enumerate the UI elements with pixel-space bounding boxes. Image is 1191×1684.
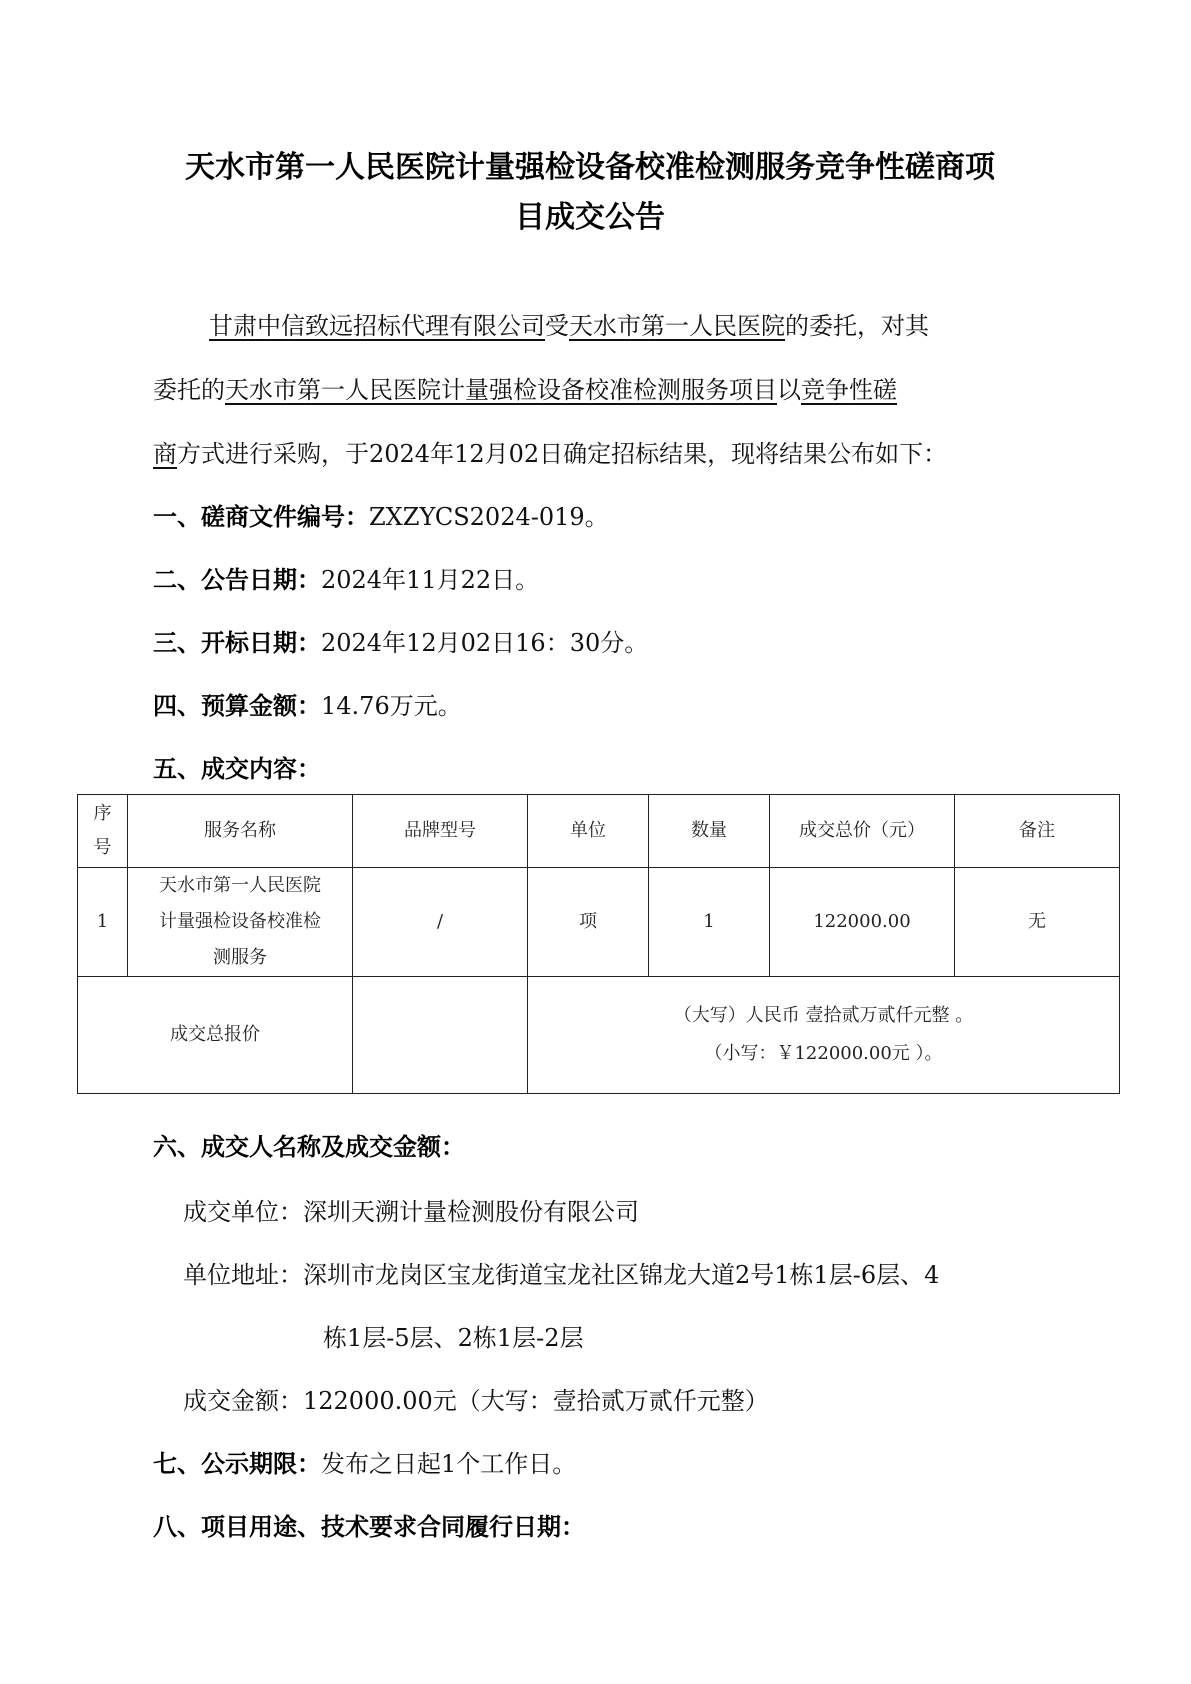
winner-address-label: 单位地址： bbox=[183, 1261, 303, 1289]
header-brand-model: 品牌型号 bbox=[353, 795, 528, 868]
project-name: 天水市第一人民医院计量强检设备校准检测服务项目 bbox=[225, 376, 777, 404]
winner-address-cont: 栋1层-5层、2栋1层-2层 bbox=[323, 1318, 584, 1353]
header-service-name: 服务名称 bbox=[128, 795, 353, 868]
intro-text: 受 bbox=[545, 312, 569, 340]
service-name-line: 计量强检设备校准检 bbox=[138, 904, 342, 940]
section-deal-content: 五、成交内容： bbox=[153, 749, 321, 784]
winner-address: 单位地址：深圳市龙岗区宝龙街道宝龙社区锦龙大道2号1栋1层-6层、4 bbox=[183, 1255, 939, 1290]
section-value: 发布之日起1个工作日。 bbox=[321, 1450, 576, 1478]
intro-line-3: 商方式进行采购，于2024年12月02日确定招标结果，现将结果公布如下： bbox=[153, 434, 1043, 469]
section-opening-date: 三、开标日期：2024年12月02日16：30分。 bbox=[153, 623, 648, 658]
header-quantity: 数量 bbox=[649, 795, 770, 868]
section-label: 六、成交人名称及成交金额： bbox=[153, 1133, 465, 1161]
section-document-number: 一、磋商文件编号：ZXZYCS2024-019。 bbox=[153, 497, 609, 532]
section-budget: 四、预算金额：14.76万元。 bbox=[153, 686, 462, 721]
winner-company-value: 深圳天溯计量检测股份有限公司 bbox=[303, 1198, 639, 1226]
section-publicity-period: 七、公示期限：发布之日起1个工作日。 bbox=[153, 1444, 576, 1479]
intro-text: 的委托，对其 bbox=[785, 312, 929, 340]
section-winner: 六、成交人名称及成交金额： bbox=[153, 1127, 465, 1162]
intro-line-2: 委托的天水市第一人民医院计量强检设备校准检测服务项目以竞争性磋 bbox=[153, 370, 1043, 405]
section-value: ZXZYCS2024-019。 bbox=[369, 503, 609, 531]
cell-quantity: 1 bbox=[649, 868, 770, 977]
title-line-1: 天水市第一人民医院计量强检设备校准检测服务竞争性磋商项 bbox=[140, 143, 1040, 193]
cell-service-name: 天水市第一人民医院 计量强检设备校准检 测服务 bbox=[128, 868, 353, 977]
table-total-row: 成交总报价 （大写）人民币 壹拾贰万贰仟元整 。 （小写：￥122000.00元… bbox=[78, 977, 1120, 1094]
winner-amount-value: 122000.00元（大写：壹拾贰万贰仟元整） bbox=[303, 1387, 769, 1415]
service-name-line: 天水市第一人民医院 bbox=[138, 868, 342, 904]
header-seq-line: 序 bbox=[78, 797, 127, 831]
intro-line-1: 甘肃中信致远招标代理有限公司受天水市第一人民医院的委托，对其 bbox=[209, 306, 1099, 341]
cell-unit: 项 bbox=[528, 868, 649, 977]
cell-seq: 1 bbox=[78, 868, 128, 977]
winner-amount-label: 成交金额： bbox=[183, 1387, 303, 1415]
winner-address-value: 深圳市龙岗区宝龙街道宝龙社区锦龙大道2号1栋1层-6层、4 bbox=[303, 1261, 939, 1289]
announcement-page: 天水市第一人民医院计量强检设备校准检测服务竞争性磋商项 目成交公告 甘肃中信致远… bbox=[0, 0, 1191, 1684]
section-label: 四、预算金额： bbox=[153, 692, 321, 720]
section-project-use: 八、项目用途、技术要求合同履行日期： bbox=[153, 1507, 585, 1542]
total-lowercase: （小写：￥122000.00元 ）。 bbox=[532, 1035, 1115, 1073]
header-unit: 单位 bbox=[528, 795, 649, 868]
total-label: 成交总报价 bbox=[78, 977, 353, 1094]
section-label: 八、项目用途、技术要求合同履行日期： bbox=[153, 1513, 585, 1541]
document-title: 天水市第一人民医院计量强检设备校准检测服务竞争性磋商项 目成交公告 bbox=[140, 143, 1040, 243]
cell-remark: 无 bbox=[955, 868, 1120, 977]
intro-text: 委托的 bbox=[153, 376, 225, 404]
table-row: 1 天水市第一人民医院 计量强检设备校准检 测服务 / 项 1 122000.0… bbox=[78, 868, 1120, 977]
winner-amount: 成交金额：122000.00元（大写：壹拾贰万贰仟元整） bbox=[183, 1381, 769, 1416]
total-empty-cell bbox=[353, 977, 528, 1094]
section-label: 三、开标日期： bbox=[153, 629, 321, 657]
section-announce-date: 二、公告日期：2024年11月22日。 bbox=[153, 560, 539, 595]
total-amount-cell: （大写）人民币 壹拾贰万贰仟元整 。 （小写：￥122000.00元 ）。 bbox=[528, 977, 1120, 1094]
total-uppercase: （大写）人民币 壹拾贰万贰仟元整 。 bbox=[532, 997, 1115, 1035]
header-seq-line: 号 bbox=[78, 831, 127, 865]
winner-company: 成交单位：深圳天溯计量检测股份有限公司 bbox=[183, 1192, 639, 1227]
intro-text: 以 bbox=[777, 376, 801, 404]
section-label: 二、公告日期： bbox=[153, 566, 321, 594]
section-label: 七、公示期限： bbox=[153, 1450, 321, 1478]
procurement-method-cont: 商 bbox=[153, 440, 177, 468]
header-remark: 备注 bbox=[955, 795, 1120, 868]
header-seq: 序 号 bbox=[78, 795, 128, 868]
section-value: 14.76万元。 bbox=[321, 692, 462, 720]
table-header-row: 序 号 服务名称 品牌型号 单位 数量 成交总价（元） 备注 bbox=[78, 795, 1120, 868]
header-total-price: 成交总价（元） bbox=[770, 795, 955, 868]
purchaser-name: 天水市第一人民医院 bbox=[569, 312, 785, 340]
agency-name: 甘肃中信致远招标代理有限公司 bbox=[209, 312, 545, 340]
section-value: 2024年12月02日16：30分。 bbox=[321, 629, 648, 657]
section-label: 一、磋商文件编号： bbox=[153, 503, 369, 531]
cell-brand-model: / bbox=[353, 868, 528, 977]
section-value: 2024年11月22日。 bbox=[321, 566, 539, 594]
service-name-line: 测服务 bbox=[138, 940, 342, 976]
winner-company-label: 成交单位： bbox=[183, 1198, 303, 1226]
title-line-2: 目成交公告 bbox=[140, 193, 1040, 243]
section-label: 五、成交内容： bbox=[153, 755, 321, 783]
deal-table: 序 号 服务名称 品牌型号 单位 数量 成交总价（元） 备注 1 天水市第一人民… bbox=[77, 794, 1119, 1092]
procurement-method: 竞争性磋 bbox=[801, 376, 897, 404]
intro-text: 方式进行采购，于2024年12月02日确定招标结果，现将结果公布如下： bbox=[177, 440, 947, 468]
cell-total-price: 122000.00 bbox=[770, 868, 955, 977]
